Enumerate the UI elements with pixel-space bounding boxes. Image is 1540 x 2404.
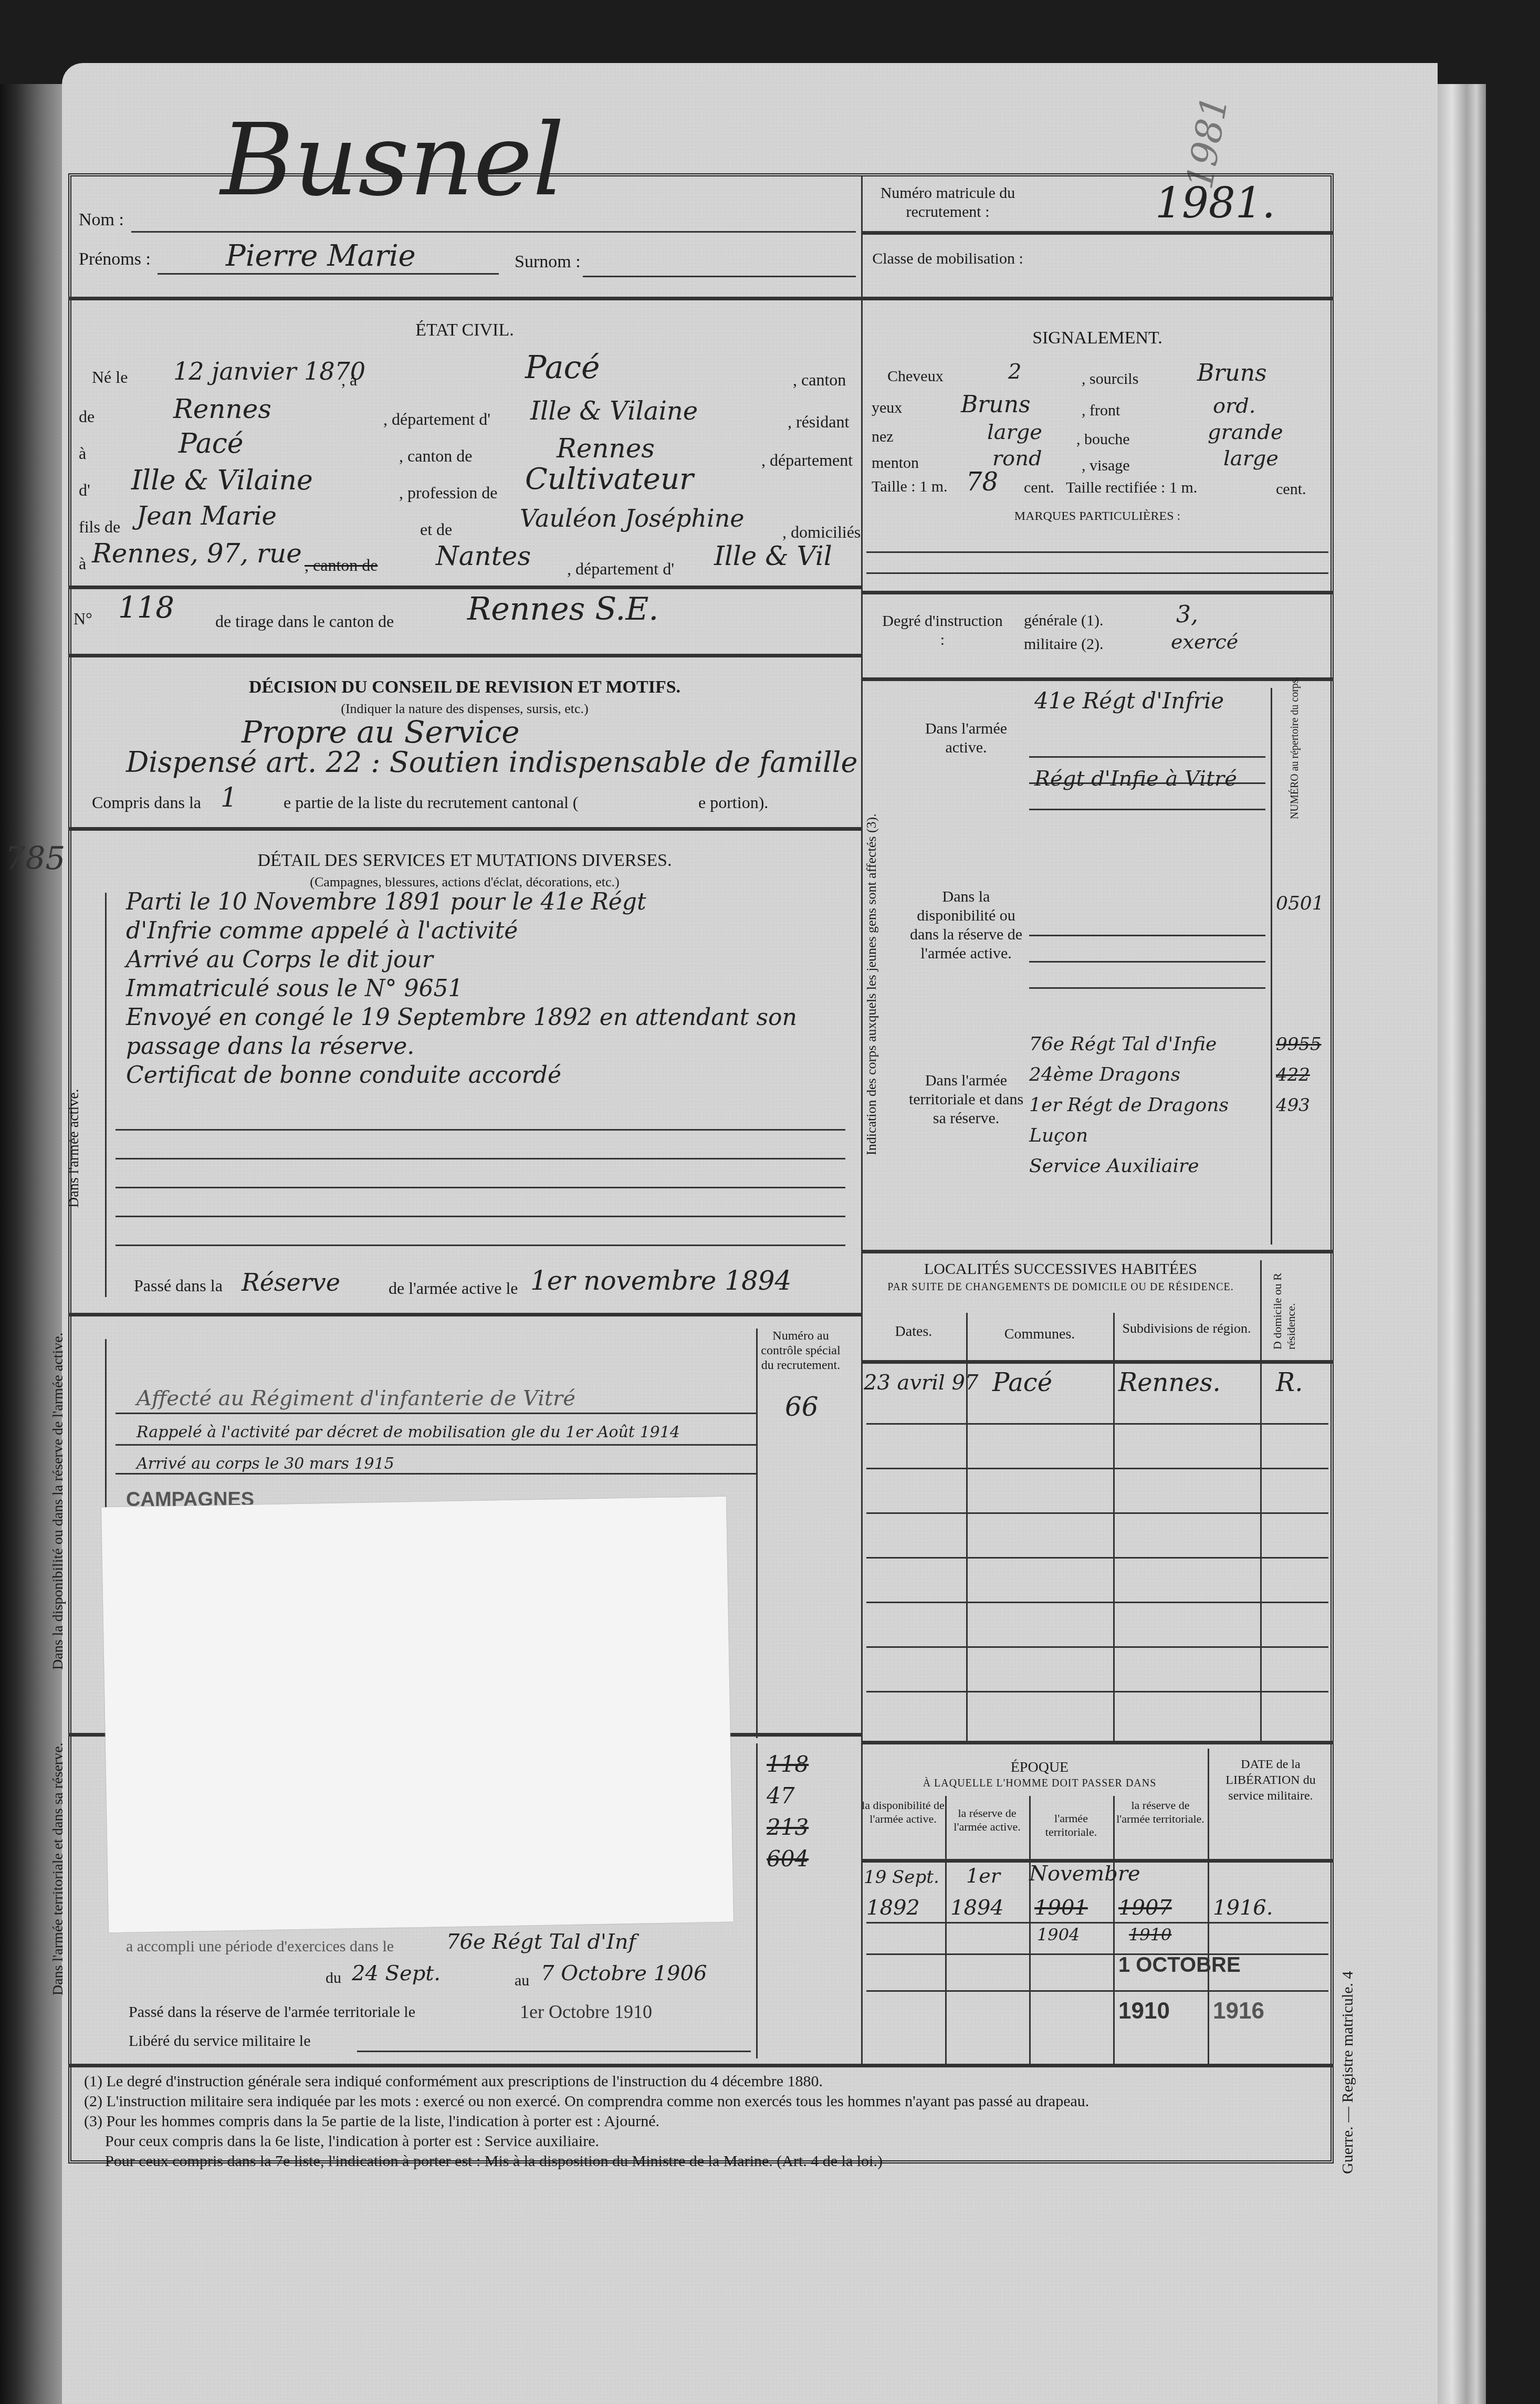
stamp-octobre: 1 OCTOBRE: [1118, 1953, 1241, 1977]
corps-reserve-numero: 0501: [1276, 893, 1324, 914]
service-line: Envoyé en congé le 19 Septembre 1892 en …: [126, 1003, 851, 1032]
birth-place: Pacé: [525, 349, 600, 386]
localites-title: LOCALITÉS SUCCESSIVES HABITÉES: [861, 1260, 1260, 1278]
epoque-col-reserve-territoriale: la réserve de l'armée territoriale.: [1113, 1799, 1208, 1826]
stamp-liberation-year: 1916: [1213, 1998, 1264, 2024]
epoque-col-disponibilite: la disponibilité de l'armée active.: [861, 1799, 945, 1826]
surnom-underline: [583, 276, 856, 277]
profession-label: , profession de: [399, 483, 498, 503]
taille-rect-label: Taille rectifiée : 1 m.: [1066, 479, 1197, 497]
divider: [861, 591, 1334, 594]
bracket: [105, 893, 107, 1297]
localite-commune: Pacé: [992, 1368, 1052, 1397]
liberation-year: 1916.: [1213, 1896, 1273, 1920]
footnote-text: Pour les hommes compris dans la 5e parti…: [106, 2113, 659, 2130]
front-field: ord.: [1213, 394, 1256, 418]
rule: [116, 1444, 756, 1446]
service-line: Immatriculé sous le N° 9651: [126, 974, 851, 1003]
libere-label: Libéré du service militaire le: [129, 2032, 311, 2050]
compris-label-b: e partie de la liste du recrutement cant…: [284, 793, 579, 812]
column-divider: [756, 1743, 758, 2058]
footnote-2: (2) L'instruction militaire sera indiqué…: [84, 2092, 1292, 2112]
territorial-numero: 118: [767, 1749, 809, 1780]
marques-label: MARQUES PARTICULIÈRES :: [861, 509, 1334, 524]
corps-territorial-entry: 24ème Dragons: [1029, 1060, 1265, 1090]
reserve-line-3: Arrivé au corps le 30 mars 1915: [137, 1455, 394, 1473]
epoque-day-reserve-active: 1er: [966, 1864, 1000, 1887]
footnote-text: Le degré d'instruction générale sera ind…: [106, 2073, 823, 2090]
rule: [866, 1922, 1328, 1924]
compris-label: Compris dans la: [92, 793, 201, 812]
column-divider: [1271, 688, 1272, 1245]
exercices-label: a accompli une période d'exercices dans …: [126, 1938, 394, 1956]
decision-line-2: Dispensé art. 22 : Soutien indispensable…: [126, 746, 857, 779]
rule: [116, 1413, 756, 1414]
epoque-day-territoriale: Novembre: [1029, 1862, 1140, 1886]
divider: [68, 654, 861, 657]
divider: [861, 1360, 1334, 1364]
rule: [1029, 987, 1265, 989]
compris-label-c: e portion).: [698, 793, 768, 812]
tirage-canton: Rennes S.E.: [467, 591, 658, 628]
rule: [116, 1245, 845, 1246]
first-names-field: Pierre Marie: [226, 239, 416, 273]
corps-territorial-entries: 76e Régt Tal d'Infie 24ème Dragons 1er R…: [1029, 1029, 1265, 1182]
divider: [68, 827, 861, 831]
passe-reserve-label: Passé dans la réserve de l'armée territo…: [129, 2003, 415, 2021]
cent2-label: cent.: [1276, 480, 1306, 498]
localite-date: 23 avril 97: [864, 1371, 978, 1395]
column-divider: [756, 1329, 758, 1738]
departement2-label: , département: [761, 451, 853, 470]
page-stack-edges: [1438, 84, 1486, 2404]
divider: [861, 231, 1334, 235]
margin-scribble: 785: [5, 840, 66, 877]
canton2-label: , canton de: [399, 446, 473, 466]
nom-underline: [131, 231, 856, 233]
rule: [116, 1473, 756, 1475]
yeux-label: yeux: [872, 399, 902, 417]
territorial-numero: 213: [767, 1812, 809, 1843]
canton-label: , canton: [793, 370, 846, 390]
footnote-number: (1): [84, 2073, 102, 2090]
bouche-field: grande: [1208, 420, 1283, 444]
epoque-year-disponibilite: 1892: [866, 1896, 920, 1920]
rule: [1029, 756, 1265, 758]
epoque-title: ÉPOQUE: [861, 1759, 1218, 1776]
birth-canton: Rennes: [173, 394, 271, 424]
epoque-col-territoriale: l'armée territoriale.: [1029, 1812, 1113, 1839]
militaire-label: militaire (2).: [1024, 635, 1104, 653]
stamp-year-1910: 1910: [1118, 1998, 1170, 2024]
divider: [68, 297, 861, 300]
exercices-corps: 76e Régt Tal d'Inf: [446, 1930, 636, 1954]
passe-label: Passé dans la: [134, 1276, 223, 1295]
surnom-label: Surnom :: [515, 252, 581, 272]
etat-civil-title: ÉTAT CIVIL.: [68, 320, 861, 340]
partie-number: 1: [221, 782, 237, 813]
tirage-label: de tirage dans le canton de: [215, 612, 394, 631]
reserve-line-1: Affecté au Régiment d'infanterie de Vitr…: [137, 1386, 575, 1410]
services-title: DÉTAIL DES SERVICES ET MUTATIONS DIVERSE…: [68, 851, 861, 871]
taille-field: 78: [966, 467, 998, 497]
sourcils-label: , sourcils: [1082, 370, 1138, 388]
residence-canton: Rennes: [557, 433, 655, 464]
bouche-label: , bouche: [1076, 431, 1130, 448]
epoque-year-territoriale: 1901: [1034, 1896, 1088, 1920]
corps-numero: 493: [1276, 1090, 1322, 1121]
service-line: Arrivé au Corps le dit jour: [126, 945, 851, 974]
active-army-side-label: Dans l'armée active.: [66, 1089, 82, 1208]
localite-subdivision: Rennes.: [1118, 1368, 1221, 1397]
corps-numero: 422: [1276, 1060, 1322, 1090]
reserve-side-label: Dans la disponibilité ou dans la réserve…: [50, 1334, 67, 1670]
canton3-label: , canton de: [305, 556, 378, 575]
generale-label: générale (1).: [1024, 612, 1104, 630]
controle-numero: 66: [785, 1392, 819, 1422]
rule: [866, 1953, 1328, 1955]
yeux-field: Bruns: [961, 391, 1031, 418]
decision-line-1: Propre au Service: [242, 714, 520, 750]
taille-label: Taille : 1 m.: [872, 478, 948, 496]
rule: [866, 551, 1328, 553]
column-divider: [1113, 1313, 1115, 1743]
corps-section-territorial: Dans l'armée territoriale et dans sa rés…: [903, 1071, 1029, 1128]
controle-numero-header: Numéro au contrôle spécial du recrutemen…: [759, 1329, 843, 1373]
prenoms-label: Prénoms :: [79, 249, 151, 269]
parents-department: Ille & Vil: [714, 541, 832, 571]
footnote-number: (2): [84, 2093, 102, 2110]
divider: [68, 1313, 861, 1316]
corps-territorial-numeros: 9955 422 493: [1276, 1029, 1322, 1121]
profession-field: Cultivateur: [525, 462, 694, 496]
reserve-line-2: Rappelé à l'activité par décret de mobil…: [137, 1423, 680, 1441]
rule: [866, 1691, 1328, 1692]
nez-label: nez: [872, 428, 894, 446]
instruction-militaire: exercé: [1171, 630, 1238, 653]
localites-col-subdivisions: Subdivisions de région.: [1113, 1321, 1260, 1336]
cent-label: cent.: [1024, 479, 1054, 497]
et-de-label: et de: [420, 520, 452, 539]
menton-label: menton: [872, 454, 919, 472]
matricule-label: Numéro matricule du recrutement :: [866, 184, 1029, 222]
service-details: Parti le 10 Novembre 1891 pour le 41e Ré…: [126, 887, 851, 1090]
service-line: passage dans la réserve.: [126, 1032, 851, 1061]
corps-active-entry: 41e Régt d'Infrie: [1034, 688, 1224, 714]
departement3-label: , département d': [567, 559, 674, 579]
mother-name: Vauléon Joséphine: [520, 504, 745, 532]
column-divider: [1113, 1796, 1115, 2064]
tirage-no-label: N°: [74, 609, 92, 629]
parents-canton: Nantes: [436, 541, 531, 571]
rule: [866, 1557, 1328, 1559]
territorial-numero: 604: [767, 1843, 809, 1875]
footnote-3c: Pour ceux compris dans la 7e liste, l'in…: [84, 2151, 1292, 2171]
front-label: , front: [1082, 402, 1120, 420]
footnote-1: (1) Le degré d'instruction générale sera…: [84, 2072, 1292, 2092]
corps-vertical-label: Indication des corps auxquels les jeunes…: [864, 813, 879, 1155]
corps-reserve-entry: Régt d'Infie à Vitré: [1034, 767, 1265, 791]
libere-underline: [357, 2051, 751, 2052]
fils-label: fils de: [79, 517, 120, 537]
residence-commune: Pacé: [179, 428, 244, 459]
prenoms-underline: [158, 273, 499, 275]
column-divider: [1260, 1260, 1262, 1743]
footnote-3: (3) Pour les hommes compris dans la 5e p…: [84, 2112, 1292, 2131]
corps-territorial-entry: 76e Régt Tal d'Infie: [1029, 1029, 1265, 1060]
au-label: au: [515, 1972, 529, 1990]
passe-date: 1er novembre 1894: [530, 1266, 791, 1296]
corps-numero: 9955: [1276, 1029, 1322, 1060]
localite-type: R.: [1276, 1368, 1303, 1397]
d-label: d': [79, 480, 90, 500]
localites-col-communes: Communes.: [966, 1326, 1113, 1343]
localites-col-type: D domicile ou R résidence.: [1271, 1260, 1298, 1350]
exercices-au-date: 7 Octobre 1906: [541, 1961, 707, 1985]
ne-le-label: Né le: [92, 368, 128, 387]
passe-reserve-date-stamp: 1er Octobre 1910: [520, 2001, 652, 2023]
tirage-number: 118: [118, 591, 174, 625]
rule: [1029, 809, 1265, 810]
nom-label: Nom :: [79, 210, 124, 230]
divider: [68, 2064, 1334, 2067]
domicilies-label: , domiciliés: [782, 522, 861, 542]
divider: [861, 1250, 1334, 1253]
epoque-year-reserve-active: 1894: [950, 1896, 1004, 1920]
birth-date: 12 janvier 1870: [173, 357, 365, 385]
departement-label: , département d': [383, 410, 490, 429]
a2-label: à: [79, 444, 86, 463]
de-label: de: [79, 407, 95, 426]
corps-section-reserve: Dans la disponibilité ou dans la réserve…: [903, 887, 1029, 963]
epoque-reserve-territoriale-corrected: 1910: [1129, 1925, 1171, 1945]
footnote-text: Pour ceux compris dans la 7e liste, l'in…: [105, 2152, 883, 2170]
surname-field: Busnel: [221, 110, 564, 210]
rule: [866, 572, 1328, 574]
epoque-col-reserve-active: la réserve de l'armée active.: [945, 1806, 1029, 1834]
rule: [116, 1187, 845, 1188]
a3-label: à: [79, 554, 86, 573]
epoque-day-disponibilite: 19 Sept.: [864, 1867, 939, 1888]
visage-label: , visage: [1082, 457, 1130, 475]
birth-department: Ille & Vilaine: [530, 396, 698, 426]
footnote-text: Pour ceux compris dans la 6e liste, l'in…: [105, 2133, 599, 2150]
rule: [1029, 961, 1265, 963]
rule: [866, 1512, 1328, 1514]
footnote-3b: Pour ceux compris dans la 6e liste, l'in…: [84, 2131, 1292, 2151]
epoque-territoriale-corrected: 1904: [1037, 1925, 1080, 1945]
territorial-numeros: 118 47 213 604: [767, 1749, 809, 1875]
divider: [68, 586, 861, 589]
corps-section-active: Dans l'armée active.: [903, 719, 1029, 757]
footnote-text: L'instruction militaire sera indiquée pa…: [106, 2093, 1089, 2110]
corps-territorial-entry: Service Auxiliaire: [1029, 1151, 1265, 1182]
rule: [866, 1990, 1328, 1992]
instruction-generale: 3,: [1176, 601, 1198, 628]
menton-field: rond: [992, 446, 1042, 471]
exercices-du-date: 24 Sept.: [352, 1961, 441, 1985]
classe-label: Classe de mobilisation :: [866, 249, 1029, 268]
rule: [866, 1468, 1328, 1469]
divider: [861, 677, 1334, 681]
corps-territorial-entry: 1er Régt de Dragons Luçon: [1029, 1090, 1265, 1151]
rule: [866, 1602, 1328, 1603]
signalement-title: SIGNALEMENT.: [861, 328, 1334, 348]
footnotes: (1) Le degré d'instruction générale sera…: [84, 2072, 1292, 2171]
residant-label: , résidant: [788, 412, 849, 432]
rule: [866, 1646, 1328, 1648]
parents-address: Rennes, 97, rue: [92, 538, 302, 569]
rule: [116, 1216, 845, 1217]
decision-title: DÉCISION DU CONSEIL DE REVISION ET MOTIF…: [68, 677, 861, 697]
rule: [866, 1423, 1328, 1425]
epoque-subtitle: À LAQUELLE L'HOMME DOIT PASSER DANS: [861, 1778, 1218, 1790]
pasted-paper-patch: [101, 1497, 734, 1933]
matricule-number: 1981.: [1155, 179, 1275, 227]
cheveux-label: Cheveux: [887, 368, 944, 385]
footnote-number: (3): [84, 2113, 102, 2130]
book-binding: [0, 84, 63, 2404]
date-liberation-header: DATE de la LIBÉRATION du service militai…: [1208, 1757, 1334, 1804]
rule: [116, 1158, 845, 1159]
epoque-year-reserve-territoriale: 1907: [1118, 1896, 1172, 1920]
service-line: Certificat de bonne conduite accordé: [126, 1061, 851, 1090]
father-name: Jean Marie: [137, 501, 277, 531]
service-line: d'Infrie comme appelé à l'activité: [126, 916, 851, 945]
cheveux-field: 2: [1008, 360, 1021, 384]
a-label: , à: [341, 370, 357, 390]
localites-subtitle: PAR SUITE DE CHANGEMENTS DE DOMICILE OU …: [861, 1281, 1260, 1293]
instruction-label: Degré d'instruction :: [882, 612, 1003, 650]
passe-label-b: de l'armée active le: [389, 1279, 518, 1298]
service-line: Parti le 10 Novembre 1891 pour le 41e Ré…: [126, 887, 851, 916]
nez-field: large: [987, 420, 1042, 444]
passe-dans-field: Réserve: [242, 1268, 340, 1297]
localites-col-dates: Dates.: [861, 1323, 966, 1340]
corps-numero-header: NUMÉRO au répertoire du corps.: [1289, 688, 1301, 819]
du-label: du: [326, 1969, 341, 1987]
column-divider: [945, 1796, 947, 2064]
territorial-side-label: Dans l'armée territoriale et dans sa rés…: [50, 1743, 67, 1995]
sourcils-field: Bruns: [1197, 360, 1267, 386]
territorial-numero: 47: [767, 1780, 809, 1812]
rule: [116, 1129, 845, 1131]
divider: [861, 1741, 1334, 1744]
visage-field: large: [1223, 446, 1279, 471]
rule: [1029, 935, 1265, 936]
divider: [861, 297, 1334, 300]
registre-footer-label: Guerre. — Registre matricule. 4: [1339, 1971, 1357, 2174]
residence-department: Ille & Vilaine: [131, 465, 313, 496]
